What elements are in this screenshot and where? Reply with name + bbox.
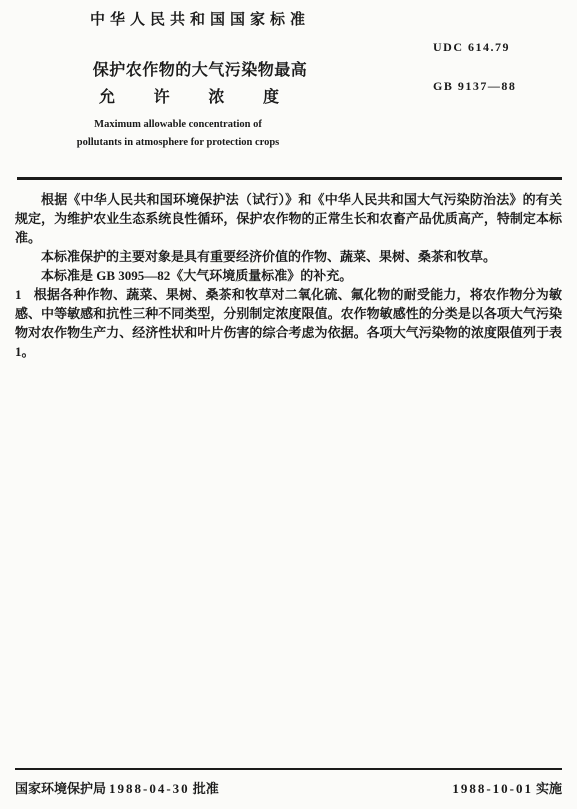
document-title-english: Maximum allowable concentration of pollu… (0, 116, 356, 152)
implementation-suffix: 实施 (536, 781, 562, 796)
footer-divider-rule (15, 768, 562, 770)
title-char: 浓 (208, 84, 224, 107)
approval-date: 1988-04-30 (109, 781, 190, 796)
clause-1-text: 根据各种作物、蔬菜、果树、桑茶和牧草对二氧化硫、氟化物的耐受能力，将农作物分为敏… (15, 287, 562, 359)
document-title-chinese-line2: 允 许 浓 度 (99, 84, 279, 107)
approval-suffix: 批准 (193, 781, 219, 796)
document-title-chinese-line1: 保护农作物的大气污染物最高 (10, 57, 390, 80)
paragraph-scope: 根据《中华人民共和国环境保护法（试行）》和《中华人民共和国大气污染防治法》的有关… (15, 190, 562, 247)
udc-classification-number: UDC 614.79 (433, 40, 510, 55)
title-char: 度 (263, 84, 279, 107)
implementation-statement: 1988-10-01实施 (449, 778, 562, 797)
title-char: 许 (154, 84, 170, 107)
paragraph-protected-objects: 本标准保护的主要对象是具有重要经济价值的作物、蔬菜、果树、桑茶和牧草。 (15, 247, 562, 266)
standard-document-page: 中华人民共和国国家标准 UDC 614.79 保护农作物的大气污染物最高 允 许… (0, 0, 577, 809)
national-standard-label: 中华人民共和国国家标准 (10, 8, 390, 29)
document-title-english-line1: Maximum allowable concentration of (0, 116, 356, 134)
standard-number: GB 9137—88 (433, 79, 516, 94)
title-char: 允 (99, 84, 115, 107)
approval-statement: 国家环境保护局1988-04-30批准 (15, 778, 219, 797)
clause-1-number: 1 (15, 285, 22, 304)
paragraph-supplement: 本标准是 GB 3095—82《大气环境质量标准》的补充。 (15, 266, 562, 285)
implementation-date: 1988-10-01 (452, 781, 533, 796)
document-body: 根据《中华人民共和国环境保护法（试行）》和《中华人民共和国大气污染防治法》的有关… (15, 190, 562, 361)
document-title-english-line2: pollutants in atmosphere for protection … (0, 134, 356, 152)
clause-1: 1根据各种作物、蔬菜、果树、桑茶和牧草对二氧化硫、氟化物的耐受能力，将农作物分为… (15, 285, 562, 361)
approval-authority: 国家环境保护局 (15, 781, 106, 796)
header-divider-rule (17, 177, 562, 180)
